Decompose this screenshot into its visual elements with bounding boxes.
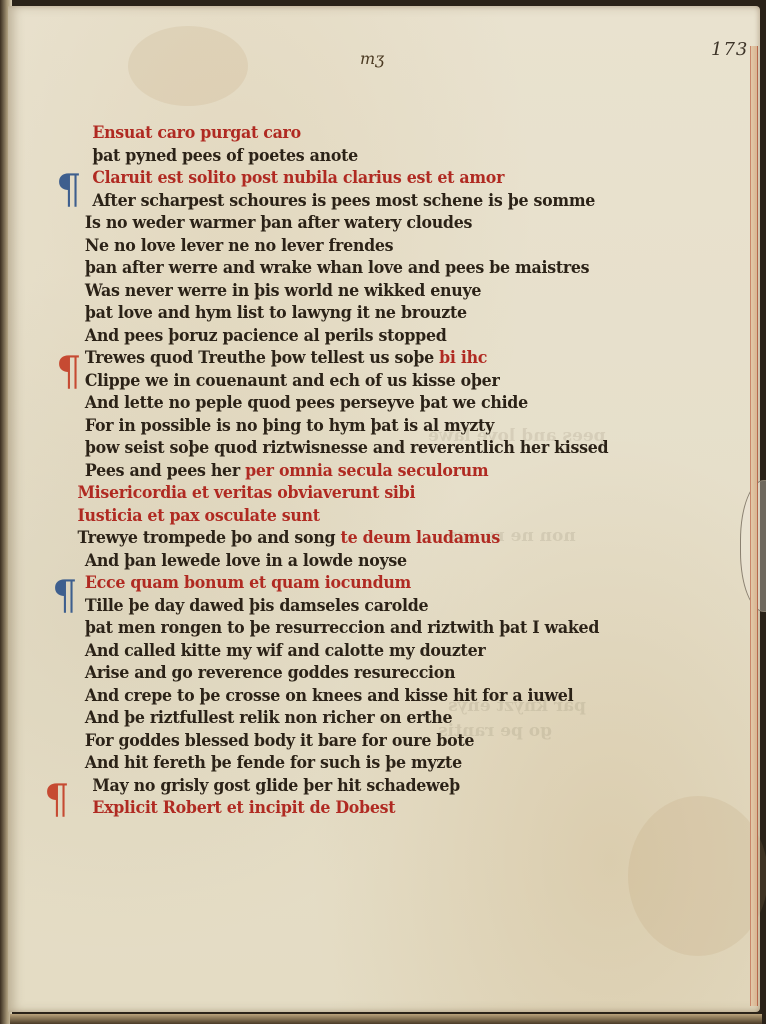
line-text: Clippe we in couenaunt and ech of us kis…: [85, 371, 500, 391]
manuscript-line: For goddes blessed body it bare for oure…: [70, 730, 684, 753]
manuscript-line: þat love and hym list to lawyng it ne br…: [70, 302, 684, 325]
line-text: Arise and go reverence goddes resureccio…: [85, 663, 455, 683]
paraph-mark-red: ¶: [44, 780, 69, 820]
line-text: þow seist soþe quod riztwisnesse and rev…: [85, 438, 608, 458]
manuscript-line: Clippe we in couenaunt and ech of us kis…: [70, 370, 684, 393]
line-text: Ne no love lever ne no lever frendes: [85, 236, 393, 256]
line-text: Pees and pees her per omnia secula secul…: [85, 461, 488, 481]
manuscript-line: þan after werre and wrake whan love and …: [70, 257, 684, 280]
manuscript-line: Was never werre in þis world ne wikked e…: [70, 280, 684, 303]
line-text: And þan lewede love in a lowde noyse: [85, 551, 407, 571]
line-text: May no grisly gost glide þer hit schadew…: [92, 776, 460, 796]
line-text: And pees þoruz pacience al perils stoppe…: [85, 326, 447, 346]
manuscript-line: For in possible is no þing to hym þat is…: [70, 415, 684, 438]
manuscript-line-rubric: Iusticia et pax osculate sunt: [70, 505, 684, 528]
line-text: Was never werre in þis world ne wikked e…: [85, 281, 481, 301]
line-text: þat love and hym list to lawyng it ne br…: [85, 303, 467, 323]
line-text: Claruit est solito post nubila clarius e…: [92, 168, 504, 188]
line-text: Explicit Robert et incipit de Dobest: [92, 798, 395, 818]
manuscript-line: Arise and go reverence goddes resureccio…: [70, 662, 684, 685]
manuscript-line: Is no weder warmer þan after watery clou…: [70, 212, 684, 235]
line-text: And þe riztfullest relik non richer on e…: [85, 708, 452, 728]
manuscript-line: Ne no love lever ne no lever frendes: [70, 235, 684, 258]
manuscript-line: And lette no peple quod pees perseyve þa…: [70, 392, 684, 415]
line-text: Trewye trompede þo and song te deum laud…: [77, 528, 500, 548]
manuscript-line-rubric: Misericordia et veritas obviaverunt sibi: [70, 482, 684, 505]
manuscript-line: Pees and pees her per omnia secula secul…: [70, 460, 684, 483]
line-text: And lette no peple quod pees perseyve þa…: [85, 393, 528, 413]
manuscript-line: Ensuat caro purgat caro: [70, 122, 684, 145]
quire-signature: mʒ: [360, 49, 384, 68]
line-text: þan after werre and wrake whan love and …: [85, 258, 589, 278]
manuscript-line: May no grisly gost glide þer hit schadew…: [70, 775, 684, 798]
line-text: þat men rongen to þe resurreccion and ri…: [85, 618, 599, 638]
poem-text-block: ¶ ¶ ¶ ¶ Ensuat caro purgat caro þat pyne…: [70, 122, 730, 820]
line-text: Ecce quam bonum et quam iocundum: [85, 573, 411, 593]
book-edge-bottom: [10, 1014, 762, 1024]
manuscript-line: þat pyned pees of poetes anote: [70, 145, 684, 168]
line-text: And called kitte my wif and calotte my d…: [85, 641, 486, 661]
manuscript-line: And called kitte my wif and calotte my d…: [70, 640, 684, 663]
line-text: Misericordia et veritas obviaverunt sibi: [77, 483, 415, 503]
parchment-stain: [128, 26, 248, 106]
line-text: Ensuat caro purgat caro: [92, 123, 301, 143]
manuscript-line: Trewye trompede þo and song te deum laud…: [70, 527, 684, 550]
line-text: Is no weder warmer þan after watery clou…: [85, 213, 472, 233]
manuscript-line: After scharpest schoures is pees most sc…: [70, 190, 684, 213]
line-text: And hit fereth þe fende for such is þe m…: [85, 753, 462, 773]
folio-number: 173: [711, 39, 748, 60]
manuscript-line-rubric: Ecce quam bonum et quam iocundum: [70, 572, 684, 595]
parchment-stain: [628, 796, 766, 956]
line-text: Iusticia et pax osculate sunt: [77, 506, 319, 526]
manuscript-line: And crepe to þe crosse on knees and kiss…: [70, 685, 684, 708]
line-text: Tille þe day dawed þis damseles carolde: [85, 596, 428, 616]
line-text: For in possible is no þing to hym þat is…: [85, 416, 494, 436]
page-edge-right: [750, 46, 758, 1006]
line-text: þat pyned pees of poetes anote: [92, 146, 358, 166]
line-text: After scharpest schoures is pees most sc…: [92, 191, 595, 211]
line-text: For goddes blessed body it bare for oure…: [85, 731, 474, 751]
manuscript-line-rubric: Claruit est solito post nubila clarius e…: [70, 167, 684, 190]
line-text: Trewes quod Treuthe þow tellest us soþe …: [85, 348, 487, 368]
manuscript-line: And pees þoruz pacience al perils stoppe…: [70, 325, 684, 348]
rubric-phrase: te deum laudamus: [341, 528, 500, 548]
rubric-phrase: per omnia secula seculorum: [245, 461, 488, 481]
manuscript-line: And hit fereth þe fende for such is þe m…: [70, 752, 684, 775]
manuscript-page: pees and love lawe non ne re acs par kny…: [8, 6, 760, 1012]
line-text: And crepe to þe crosse on knees and kiss…: [85, 686, 573, 706]
manuscript-line: Trewes quod Treuthe þow tellest us soþe …: [70, 347, 684, 370]
manuscript-line-explicit: Explicit Robert et incipit de Dobest: [70, 797, 684, 820]
manuscript-line: And þe riztfullest relik non richer on e…: [70, 707, 684, 730]
manuscript-line: And þan lewede love in a lowde noyse: [70, 550, 684, 573]
manuscript-line: Tille þe day dawed þis damseles carolde: [70, 595, 684, 618]
rubric-phrase: bi ihc: [439, 348, 487, 368]
manuscript-line: þat men rongen to þe resurreccion and ri…: [70, 617, 684, 640]
manuscript-line: þow seist soþe quod riztwisnesse and rev…: [70, 437, 684, 460]
